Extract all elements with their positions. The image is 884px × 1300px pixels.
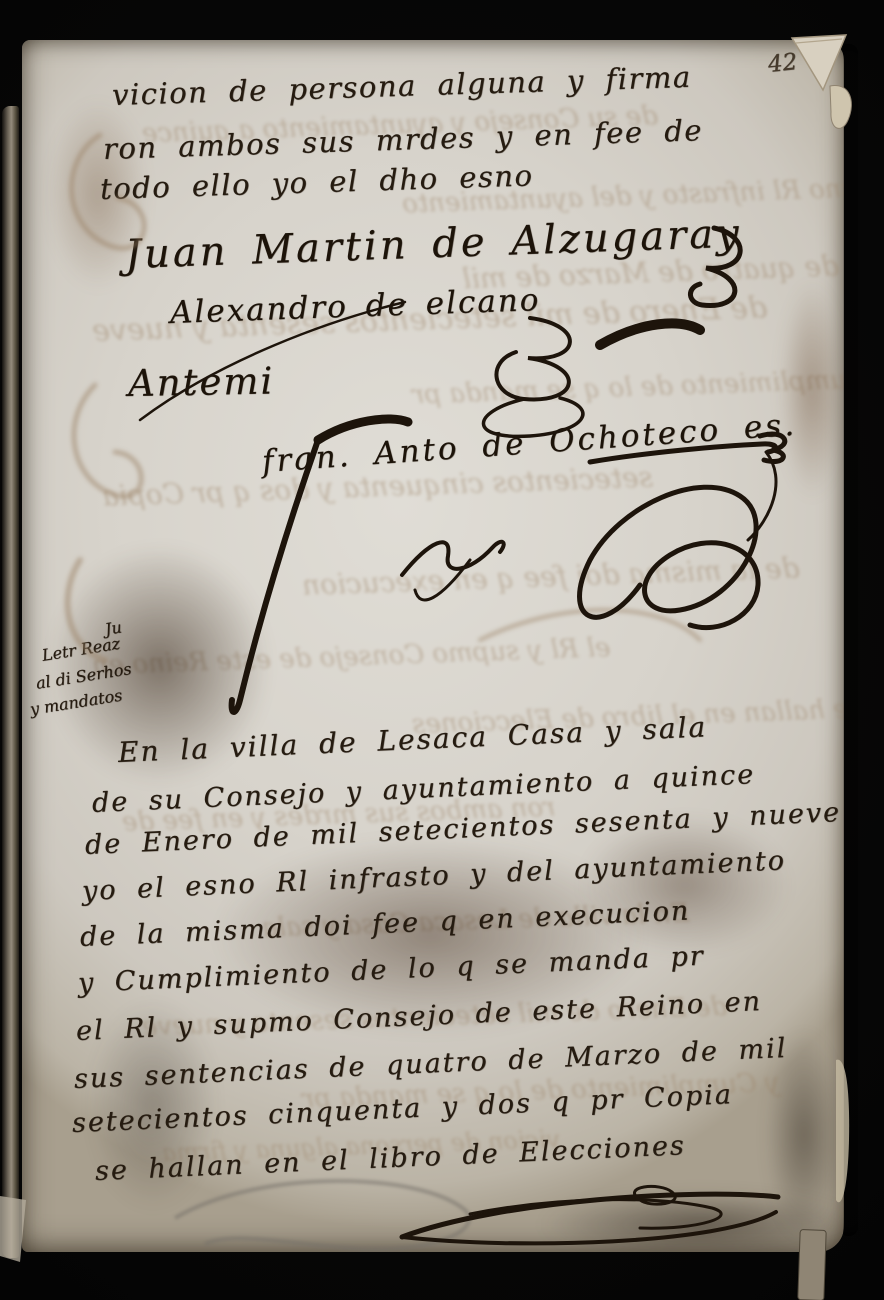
manuscript-page: de su Consejo y ayuntamiento a quince yo…	[22, 40, 844, 1252]
closing-flourish	[402, 1194, 778, 1237]
bleedthrough-text: el Rl y supmo Consejo de este Reino en	[92, 633, 611, 681]
attestation-ante-mi: Antemi	[128, 359, 275, 405]
folio-number: 42	[767, 49, 799, 78]
body-line: y Cumplimiento de lo q se manda pr	[77, 941, 705, 999]
binding-edge	[2, 106, 19, 1258]
graphite-flourish	[175, 1181, 469, 1250]
bleedthrough-text: de la misma doi fee q en execucion	[302, 551, 800, 601]
book-fore-edge	[843, 44, 858, 1236]
manuscript-photograph: de su Consejo y ayuntamiento a quince yo…	[0, 0, 884, 1300]
edge-soiling	[540, 1190, 844, 1252]
bleedthrough-text: y Cumplimiento de lo q se manda pr	[412, 364, 844, 411]
